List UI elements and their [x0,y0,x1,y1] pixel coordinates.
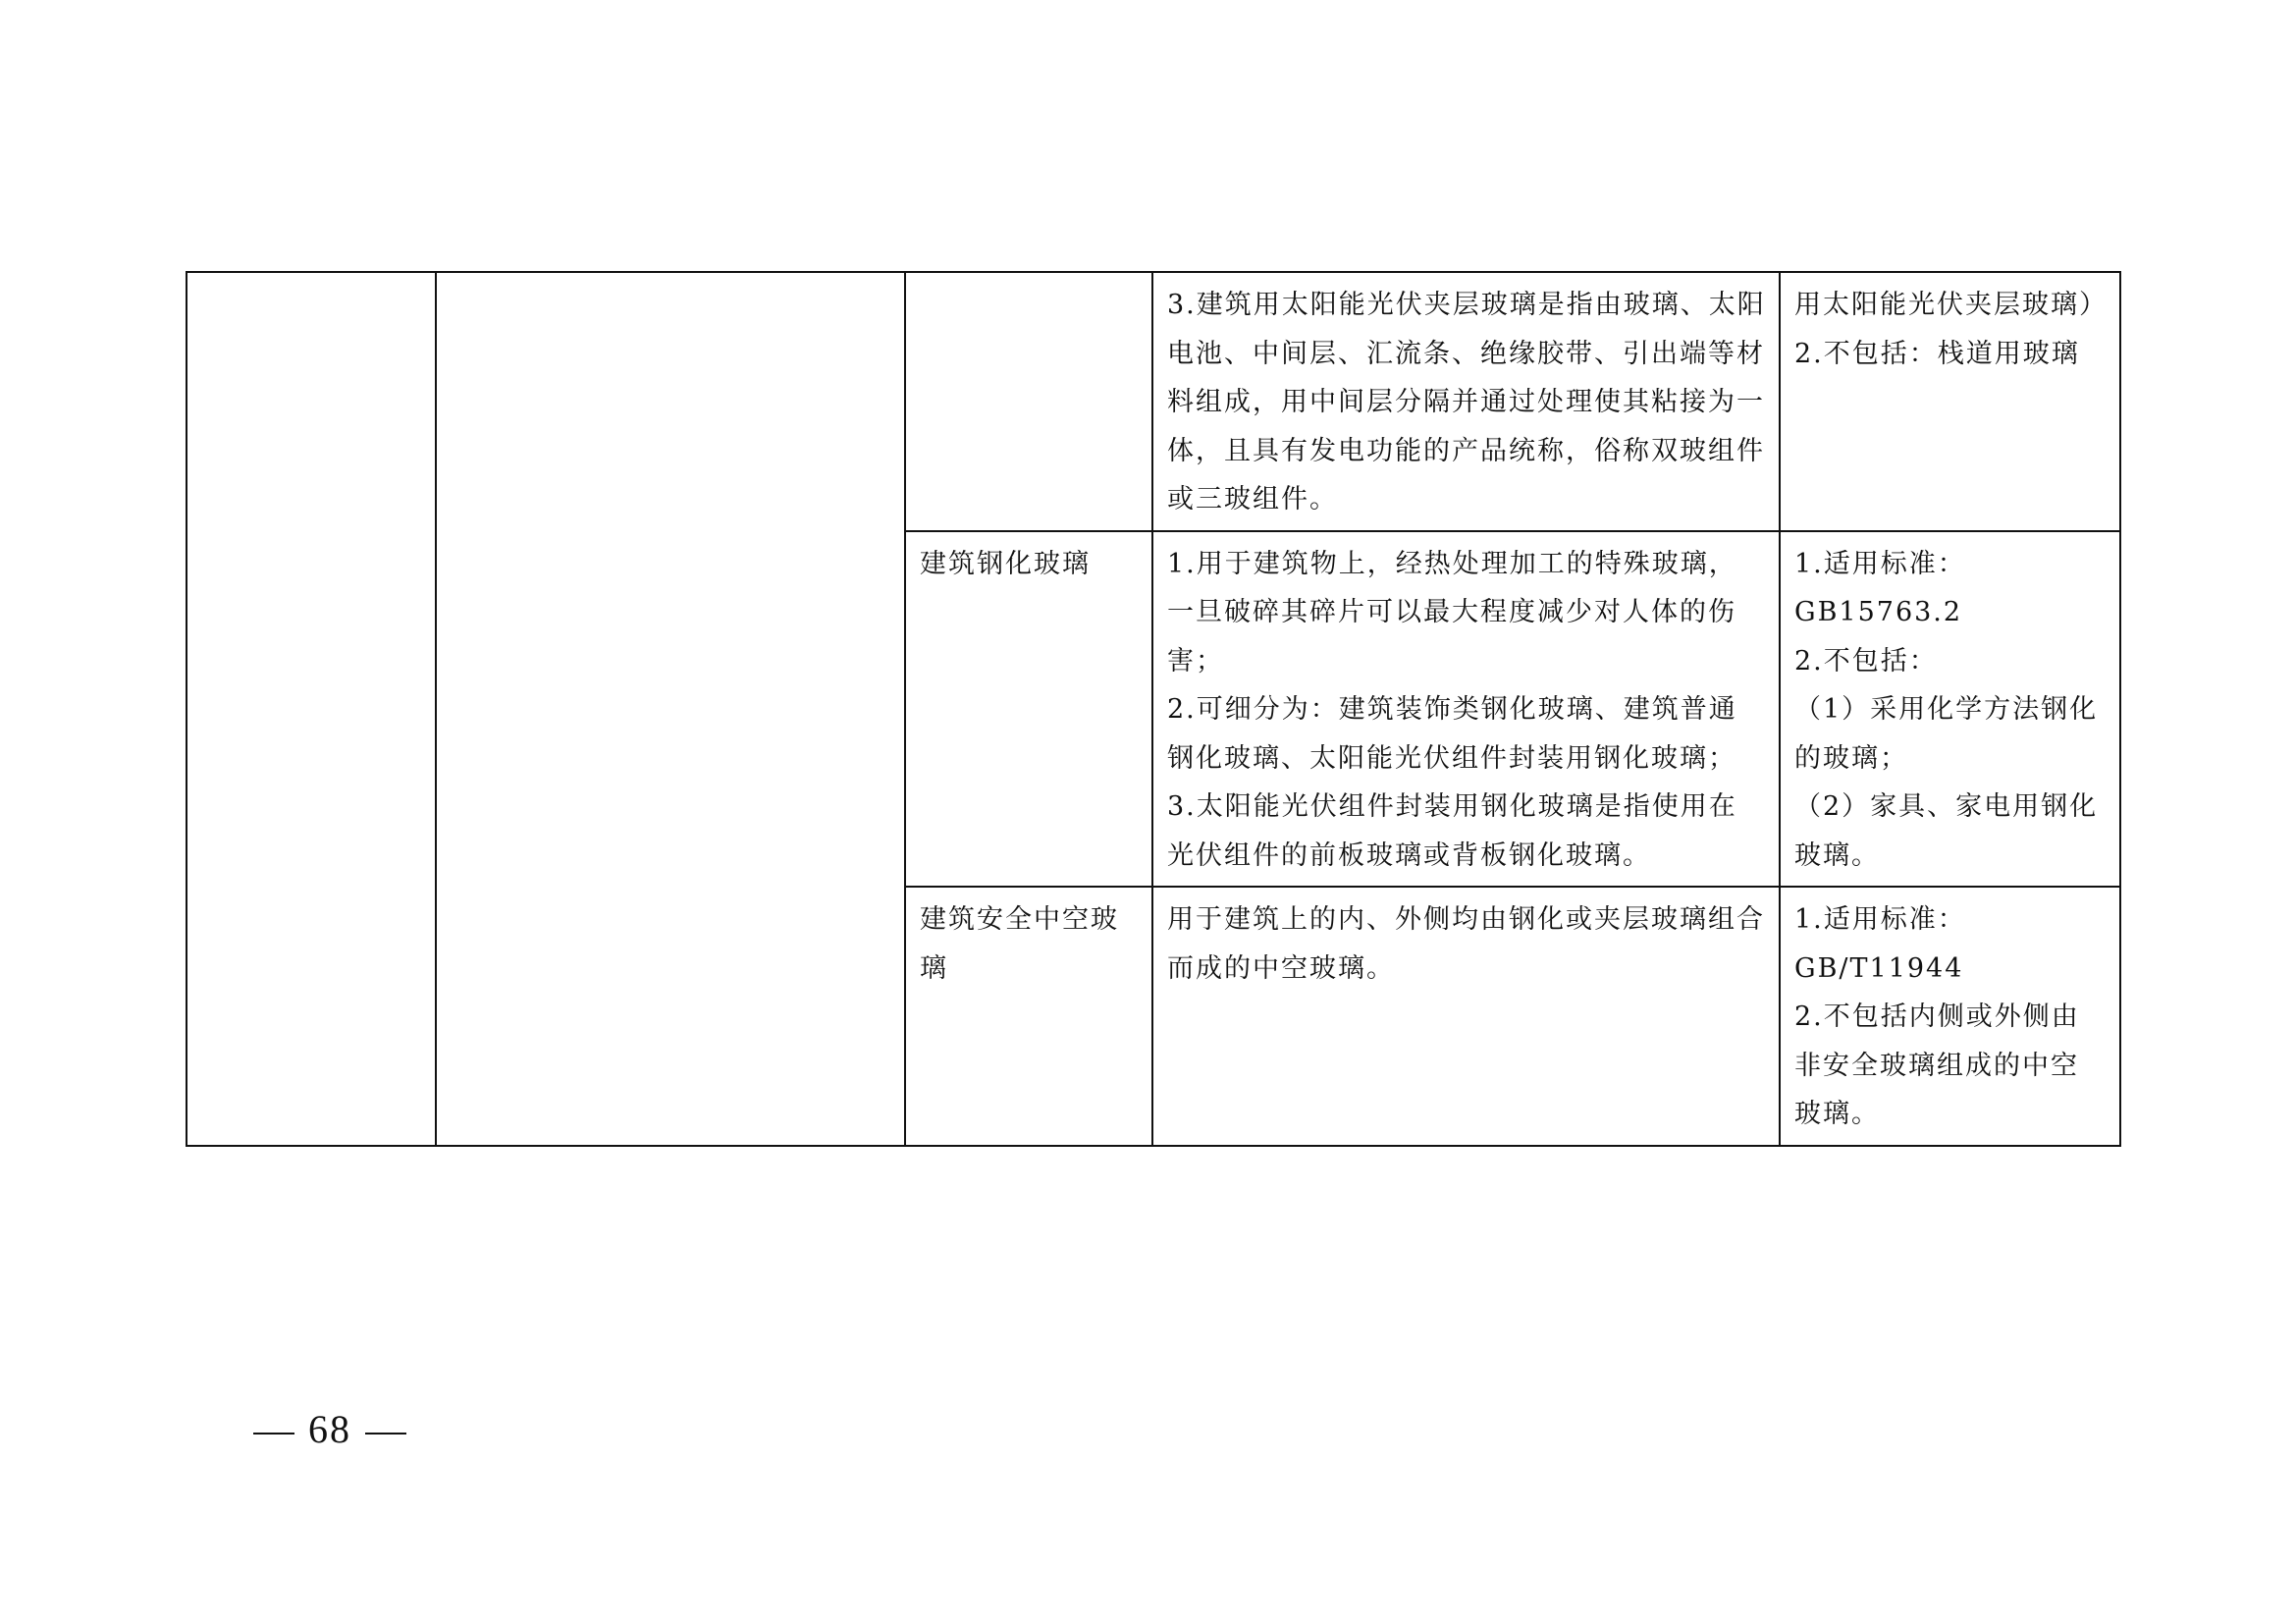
product-name-cell: 建筑钢化玻璃 [905,531,1152,888]
description-line: 而成的中空玻璃。 [1167,945,1767,994]
description-line: 3.太阳能光伏组件封装用钢化玻璃是指使用在 [1167,783,1767,832]
notes-line: 2.不包括内侧或外侧由 [1794,993,2108,1042]
notes-line: 用太阳能光伏夹层玻璃） [1794,281,2108,330]
notes-line: （2）家具、家电用钢化 [1794,783,2108,832]
description-cell: 用于建筑上的内、外侧均由钢化或夹层玻璃组合 而成的中空玻璃。 [1152,887,1780,1146]
product-name-cell: 建筑安全中空玻 璃 [905,887,1152,1146]
description-line: 3.建筑用太阳能光伏夹层玻璃是指由玻璃、太阳 [1167,281,1767,330]
description-line: 体，且具有发电功能的产品统称，俗称双玻组件 [1167,427,1767,476]
description-line: 钢化玻璃、太阳能光伏组件封装用钢化玻璃； [1167,734,1767,784]
page-number: 68 [240,1406,420,1452]
description-cell: 3.建筑用太阳能光伏夹层玻璃是指由玻璃、太阳 电池、中间层、汇流条、绝缘胶带、引… [1152,272,1780,531]
notes-line: 1.适用标准： [1794,895,2108,945]
description-line: 2.可细分为：建筑装饰类钢化玻璃、建筑普通 [1167,685,1767,734]
subcategory-cell [436,272,905,1146]
notes-cell: 1.适用标准： GB/T11944 2.不包括内侧或外侧由 非安全玻璃组成的中空… [1780,887,2120,1146]
notes-line: 的玻璃； [1794,734,2108,784]
product-name: 建筑安全中空玻 [920,895,1140,945]
notes-line: 1.适用标准： [1794,540,2108,589]
page-number-text: 68 [308,1407,351,1451]
dash-left [253,1433,294,1435]
product-name-cell [905,272,1152,531]
description-line: 用于建筑上的内、外侧均由钢化或夹层玻璃组合 [1167,895,1767,945]
product-catalog-table: 3.建筑用太阳能光伏夹层玻璃是指由玻璃、太阳 电池、中间层、汇流条、绝缘胶带、引… [186,271,2121,1147]
notes-cell: 用太阳能光伏夹层玻璃） 2.不包括：栈道用玻璃 [1780,272,2120,531]
description-line: 电池、中间层、汇流条、绝缘胶带、引出端等材 [1167,330,1767,379]
notes-line: GB/T11944 [1794,945,2108,994]
notes-line: GB15763.2 [1794,588,2108,637]
notes-line: 2.不包括： [1794,637,2108,686]
description-cell: 1.用于建筑物上，经热处理加工的特殊玻璃， 一旦破碎其碎片可以最大程度减少对人体… [1152,531,1780,888]
notes-line: 玻璃。 [1794,832,2108,881]
notes-line: 非安全玻璃组成的中空 [1794,1042,2108,1091]
dash-right [365,1433,406,1435]
description-line: 一旦破碎其碎片可以最大程度减少对人体的伤 [1167,588,1767,637]
description-line: 料组成，用中间层分隔并通过处理使其粘接为一 [1167,378,1767,427]
description-line: 光伏组件的前板玻璃或背板钢化玻璃。 [1167,832,1767,881]
description-line: 1.用于建筑物上，经热处理加工的特殊玻璃， [1167,540,1767,589]
description-line: 或三玻组件。 [1167,475,1767,524]
document-page: 3.建筑用太阳能光伏夹层玻璃是指由玻璃、太阳 电池、中间层、汇流条、绝缘胶带、引… [0,0,2296,1624]
product-name: 璃 [920,945,1140,994]
product-name: 建筑钢化玻璃 [920,540,1140,589]
category-cell [187,272,436,1146]
notes-line: （1）采用化学方法钢化 [1794,685,2108,734]
notes-cell: 1.适用标准： GB15763.2 2.不包括： （1）采用化学方法钢化 的玻璃… [1780,531,2120,888]
notes-line: 玻璃。 [1794,1090,2108,1139]
notes-line: 2.不包括：栈道用玻璃 [1794,330,2108,379]
description-line: 害； [1167,637,1767,686]
table-row: 3.建筑用太阳能光伏夹层玻璃是指由玻璃、太阳 电池、中间层、汇流条、绝缘胶带、引… [187,272,2120,531]
